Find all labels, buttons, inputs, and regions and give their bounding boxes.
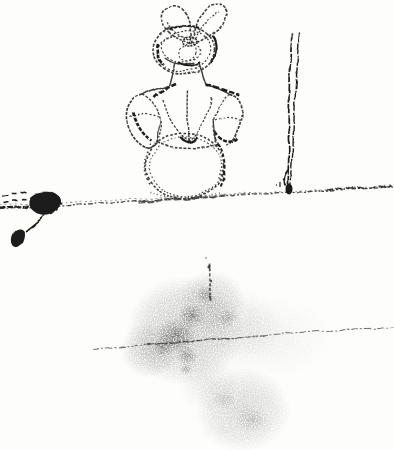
pole-bottom-blot [286,184,293,195]
smudge-dark-cluster [236,407,268,433]
smudge-dark-cluster [217,309,237,327]
smudge-dark-cluster [176,346,198,366]
sketch-canvas [0,0,394,450]
smudge-dark-cluster [179,363,193,375]
smudge-dark-cluster [178,304,204,328]
pencil-sketch-drawing [0,0,394,450]
smudge-dark-cluster [212,390,236,410]
smudge-dark-cluster [152,337,174,357]
